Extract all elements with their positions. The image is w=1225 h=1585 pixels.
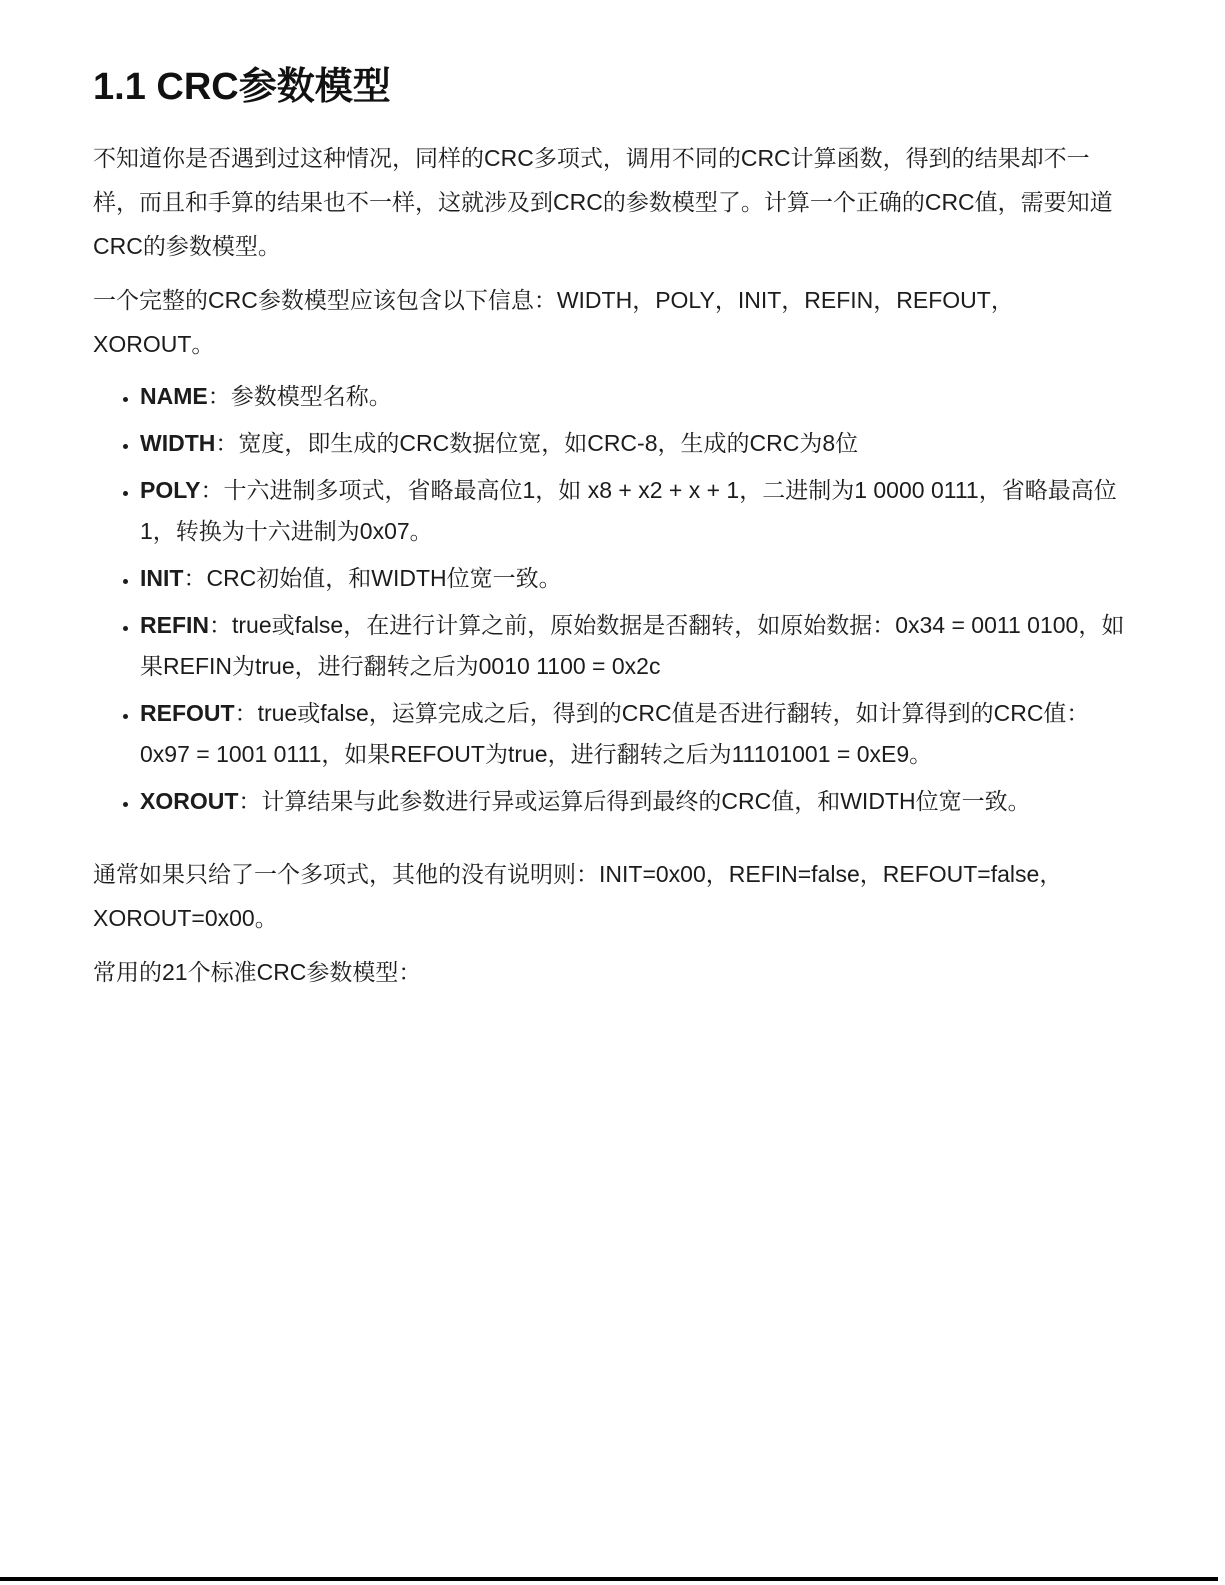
list-item-refout: REFOUT：true或false，运算完成之后，得到的CRC值是否进行翻转，如…: [140, 693, 1130, 775]
param-term: POLY: [140, 477, 201, 503]
param-term: WIDTH: [140, 430, 215, 456]
param-desc: ：计算结果与此参数进行异或运算后得到最终的CRC值，和WIDTH位宽一致。: [238, 788, 1030, 814]
table-intro-paragraph: 常用的21个标准CRC参数模型：: [93, 950, 1130, 994]
model-info-paragraph: 一个完整的CRC参数模型应该包含以下信息：WIDTH，POLY，INIT，REF…: [93, 278, 1130, 366]
param-desc: ：true或false，运算完成之后，得到的CRC值是否进行翻转，如计算得到的C…: [140, 700, 1089, 767]
list-item-poly: POLY：十六进制多项式，省略最高位1，如 x8 + x2 + x + 1，二进…: [140, 470, 1130, 552]
param-desc: ：十六进制多项式，省略最高位1，如 x8 + x2 + x + 1，二进制为1 …: [140, 477, 1117, 544]
param-desc: ：宽度，即生成的CRC数据位宽，如CRC-8，生成的CRC为8位: [215, 430, 858, 456]
defaults-paragraph: 通常如果只给了一个多项式，其他的没有说明则：INIT=0x00，REFIN=fa…: [93, 852, 1130, 940]
param-term: INIT: [140, 565, 183, 591]
article-content: 1.1 CRC参数模型 不知道你是否遇到过这种情况，同样的CRC多项式，调用不同…: [0, 0, 1225, 994]
param-desc: ：CRC初始值，和WIDTH位宽一致。: [183, 565, 561, 591]
list-item-name: NAME：参数模型名称。: [140, 376, 1130, 417]
list-item-xorout: XOROUT：计算结果与此参数进行异或运算后得到最终的CRC值，和WIDTH位宽…: [140, 781, 1130, 822]
table-top-border: [0, 1577, 1218, 1581]
param-desc: ：true或false，在进行计算之前，原始数据是否翻转，如原始数据：0x34 …: [140, 612, 1124, 679]
list-item-width: WIDTH：宽度，即生成的CRC数据位宽，如CRC-8，生成的CRC为8位: [140, 423, 1130, 464]
list-item-refin: REFIN：true或false，在进行计算之前，原始数据是否翻转，如原始数据：…: [140, 605, 1130, 687]
intro-paragraph: 不知道你是否遇到过这种情况，同样的CRC多项式，调用不同的CRC计算函数，得到的…: [93, 136, 1130, 268]
list-item-init: INIT：CRC初始值，和WIDTH位宽一致。: [140, 558, 1130, 599]
param-term: XOROUT: [140, 788, 238, 814]
page-title: 1.1 CRC参数模型: [93, 64, 1130, 112]
param-term: NAME: [140, 383, 208, 409]
parameter-list: NAME：参数模型名称。 WIDTH：宽度，即生成的CRC数据位宽，如CRC-8…: [93, 376, 1130, 822]
param-term: REFIN: [140, 612, 209, 638]
param-term: REFOUT: [140, 700, 235, 726]
param-desc: ：参数模型名称。: [208, 383, 392, 409]
